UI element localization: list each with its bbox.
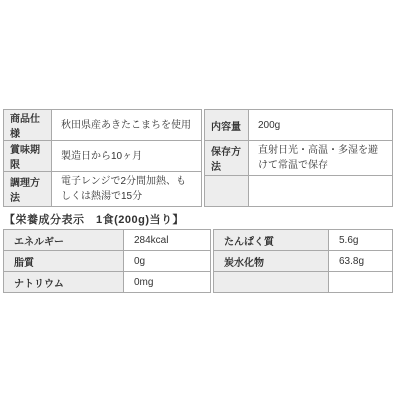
table-row: 脂質 0g [4,251,211,272]
table-row: 炭水化物 63.8g [214,251,393,272]
table-row: 商品仕様 秋田県産あきたこまちを使用 [4,110,202,141]
table-row: 内容量 200g [205,110,393,141]
table-row: たんぱく質 5.6g [214,230,393,251]
nutrition-label-empty [214,272,329,293]
table-row [205,176,393,207]
spec-value-empty [249,176,393,207]
nutrition-value-empty [329,272,393,293]
spec-value-storage: 直射日光・高温・多湿を避けて常温で保存 [249,141,393,176]
spec-label-storage: 保存方法 [205,141,249,176]
table-row: ナトリウム 0mg [4,272,211,293]
table-row: 調理方法 電子レンジで2分間加熱、もしくは熱湯で15分 [4,172,202,207]
nutrition-section: エネルギー 284kcal 脂質 0g ナトリウム 0mg たんぱく質 5.6g [3,229,393,293]
table-row: エネルギー 284kcal [4,230,211,251]
nutrition-heading: 【栄養成分表示 1食(200g)当り】 [4,211,184,227]
nutrition-value-protein: 5.6g [329,230,393,251]
nutrition-table-right: たんぱく質 5.6g 炭水化物 63.8g [213,229,393,293]
spec-label-cooking: 調理方法 [4,172,52,207]
nutrition-value-energy: 284kcal [124,230,211,251]
spec-value-contents: 200g [249,110,393,141]
nutrition-label-sodium: ナトリウム [4,272,124,293]
table-row [214,272,393,293]
spec-table-left: 商品仕様 秋田県産あきたこまちを使用 賞味期限 製造日から10ヶ月 調理方法 電… [3,109,202,207]
nutrition-value-fat: 0g [124,251,211,272]
product-info-page: 商品仕様 秋田県産あきたこまちを使用 賞味期限 製造日から10ヶ月 調理方法 電… [0,0,400,400]
product-spec-section: 商品仕様 秋田県産あきたこまちを使用 賞味期限 製造日から10ヶ月 調理方法 電… [3,109,393,207]
nutrition-label-carbs: 炭水化物 [214,251,329,272]
nutrition-table-left: エネルギー 284kcal 脂質 0g ナトリウム 0mg [3,229,211,293]
spec-label-empty [205,176,249,207]
spec-value-expiry: 製造日から10ヶ月 [52,141,202,172]
spec-label-contents: 内容量 [205,110,249,141]
nutrition-label-energy: エネルギー [4,230,124,251]
nutrition-label-protein: たんぱく質 [214,230,329,251]
spec-value-product: 秋田県産あきたこまちを使用 [52,110,202,141]
spec-table-right: 内容量 200g 保存方法 直射日光・高温・多湿を避けて常温で保存 [204,109,393,207]
spec-value-cooking: 電子レンジで2分間加熱、もしくは熱湯で15分 [52,172,202,207]
spec-label-product: 商品仕様 [4,110,52,141]
table-row: 保存方法 直射日光・高温・多湿を避けて常温で保存 [205,141,393,176]
nutrition-label-fat: 脂質 [4,251,124,272]
nutrition-value-carbs: 63.8g [329,251,393,272]
table-row: 賞味期限 製造日から10ヶ月 [4,141,202,172]
spec-label-expiry: 賞味期限 [4,141,52,172]
nutrition-value-sodium: 0mg [124,272,211,293]
